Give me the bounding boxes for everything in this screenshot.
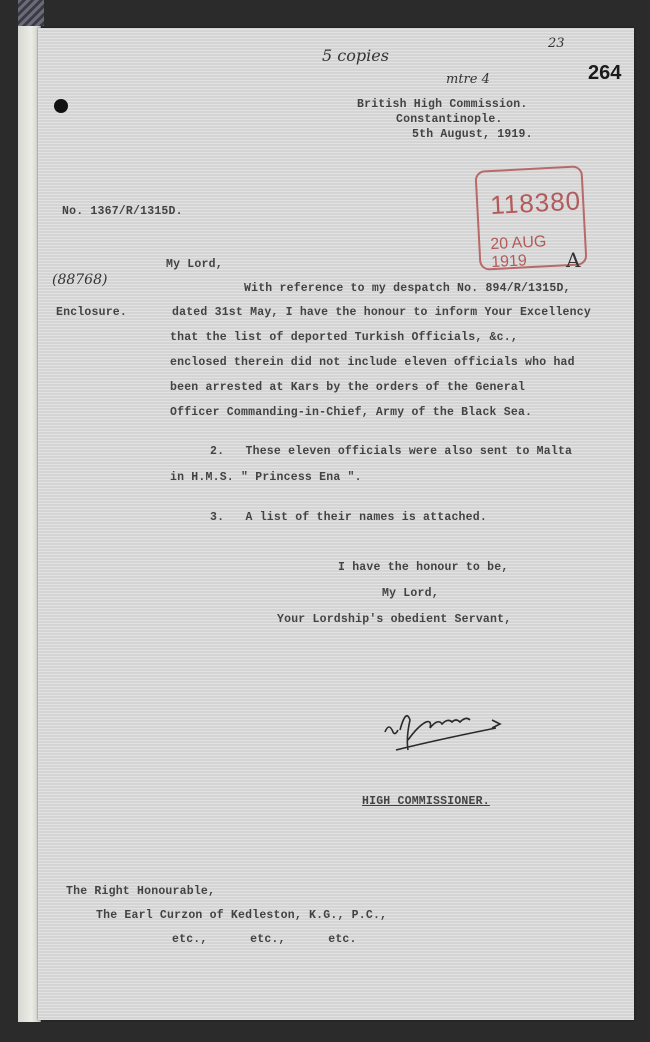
body-line: Officer Commanding-in-Chief, Army of the… bbox=[170, 406, 532, 419]
punch-hole bbox=[54, 99, 68, 113]
reference-number: No. 1367/R/1315D. bbox=[62, 205, 183, 218]
header-date: 5th August, 1919. bbox=[412, 128, 533, 141]
addressee-line3: etc., etc., etc. bbox=[172, 933, 357, 946]
salutation: My Lord, bbox=[166, 258, 223, 271]
body-line: enclosed therein did not include eleven … bbox=[170, 356, 575, 369]
signature bbox=[380, 700, 510, 760]
folio-number: 264 bbox=[588, 62, 621, 85]
handwritten-copies-note: 5 copies bbox=[322, 46, 389, 65]
enclosure-label: Enclosure. bbox=[56, 306, 127, 319]
addressee-line1: The Right Honourable, bbox=[66, 885, 215, 898]
body-line: been arrested at Kars by the orders of t… bbox=[170, 381, 525, 394]
body-line: that the list of deported Turkish Offici… bbox=[170, 331, 518, 344]
stamp-number: 118380 bbox=[489, 185, 581, 221]
body-line: 2. These eleven officials were also sent… bbox=[210, 445, 572, 458]
header-line2: Constantinople. bbox=[396, 113, 503, 126]
body-line: in H.M.S. " Princess Ena ". bbox=[170, 471, 362, 484]
handwritten-marker-a: A bbox=[566, 248, 580, 272]
enclosure-reference: (88768) bbox=[52, 272, 107, 288]
body-line: With reference to my despatch No. 894/R/… bbox=[244, 282, 571, 295]
header-line1: British High Commission. bbox=[357, 98, 527, 111]
addressee-line2: The Earl Curzon of Kedleston, K.G., P.C.… bbox=[96, 909, 387, 922]
binding-strap bbox=[18, 0, 44, 26]
closing-line3: Your Lordship's obedient Servant, bbox=[277, 613, 511, 626]
closing-line2: My Lord, bbox=[382, 587, 439, 600]
signatory-title: HIGH COMMISSIONER. bbox=[362, 795, 490, 808]
body-line: 3. A list of their names is attached. bbox=[210, 511, 487, 524]
body-line: dated 31st May, I have the honour to inf… bbox=[172, 306, 591, 319]
handwritten-top-number: 23 bbox=[548, 36, 565, 51]
closing-line1: I have the honour to be, bbox=[338, 561, 508, 574]
handwritten-margin-note: mtre 4 bbox=[446, 72, 490, 87]
